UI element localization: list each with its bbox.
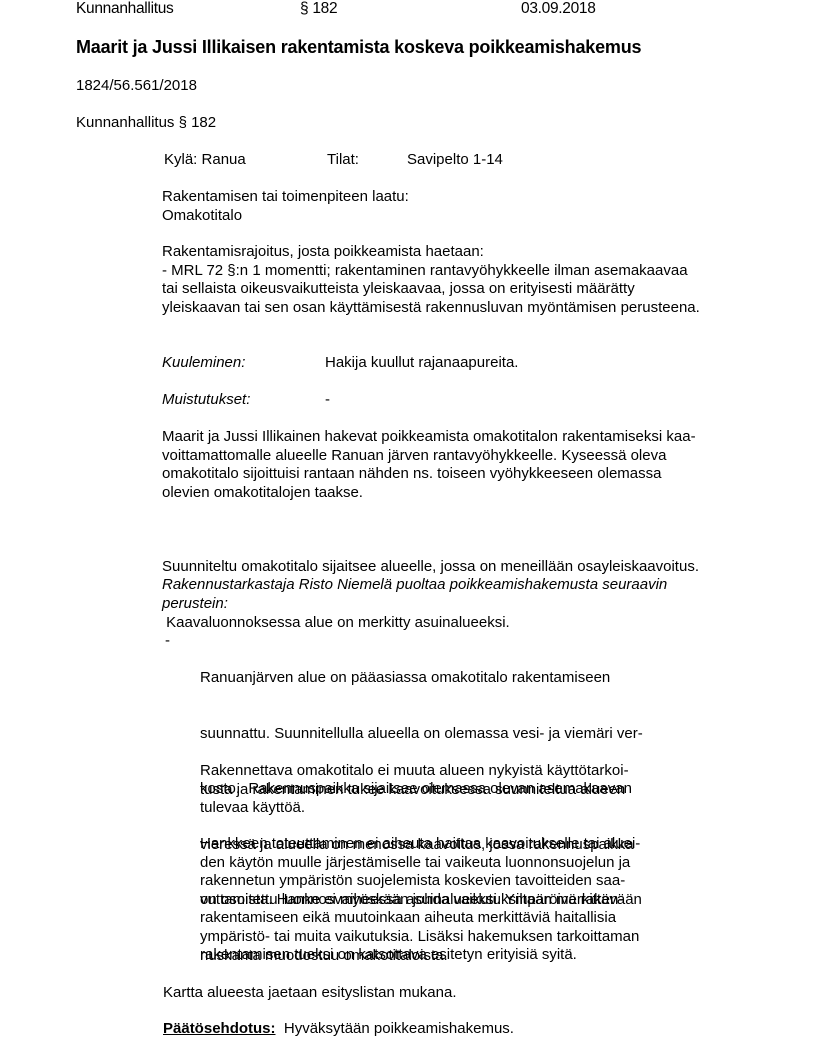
case-number: 1824/56.561/2018 bbox=[76, 77, 197, 94]
text-line: suunnattu. Suunnitellulla alueella on ol… bbox=[200, 725, 643, 744]
restriction: Rakentamisrajoitus, josta poikkeamista h… bbox=[162, 243, 700, 317]
estates-value: Savipelto 1-14 bbox=[407, 151, 503, 168]
village-label: Kylä: Ranua bbox=[164, 151, 246, 168]
header-date: 03.09.2018 bbox=[521, 0, 596, 18]
construction-type: Rakentamisen tai toimenpiteen laatu: Oma… bbox=[162, 188, 409, 225]
ground-item-3: Hankkeen toteuttaminen ei aiheuta haitta… bbox=[200, 835, 642, 965]
text-line: den käytön muulle järjestämiselle tai va… bbox=[200, 854, 642, 873]
remarks-label: Muistutukset: bbox=[162, 391, 250, 408]
text-line: tulevaa käyttöä. bbox=[200, 799, 629, 818]
text-line: Ranuanjärven alue on pääasiassa omakotit… bbox=[200, 669, 643, 688]
hearing-label: Kuuleminen: bbox=[162, 354, 245, 371]
text-line: rakennetun ympäristön suojelemista koske… bbox=[200, 872, 642, 891]
document-title: Maarit ja Jussi Illikaisen rakentamista … bbox=[76, 37, 641, 58]
proposal-value: Hyväksytään poikkeamishakemus. bbox=[284, 1020, 514, 1037]
text-line: vuttamista. Hanke ei myöskään johda vaik… bbox=[200, 891, 642, 910]
text-line: voittamattomalle alueelle Ranuan järven … bbox=[162, 447, 696, 466]
text-line: Maarit ja Jussi Illikainen hakevat poikk… bbox=[162, 428, 696, 447]
restriction-label: Rakentamisrajoitus, josta poikkeamista h… bbox=[162, 243, 700, 262]
text-line: Hankkeen toteuttaminen ei aiheuta haitta… bbox=[200, 835, 642, 854]
header-body: Kunnanhallitus bbox=[76, 0, 174, 18]
text-line: ympäristö- tai muita vaikutuksia. Lisäks… bbox=[200, 928, 642, 947]
meeting-reference: Kunnanhallitus § 182 bbox=[76, 114, 216, 131]
text-line: Rakennettava omakotitalo ei muuta alueen… bbox=[200, 762, 629, 781]
grounds-bullet: - bbox=[165, 632, 170, 649]
text-line: rakentamisen tueksi on katsottava esitet… bbox=[200, 946, 642, 965]
text-line: omakotitalo sijoittuisi rantaan nähden n… bbox=[162, 465, 696, 484]
text-line: rakentamiseen eikä muutoinkaan aiheuta m… bbox=[200, 909, 642, 928]
restriction-line: yleiskaavan tai sen osan käyttämisestä r… bbox=[162, 299, 700, 318]
application-paragraph: Maarit ja Jussi Illikainen hakevat poikk… bbox=[162, 428, 696, 502]
ground-item-2: Rakennettava omakotitalo ei muuta alueen… bbox=[200, 762, 629, 818]
header-section: § 182 bbox=[300, 0, 337, 18]
text-line: Suunniteltu omakotitalo sijaitsee alueel… bbox=[162, 558, 699, 577]
decision-proposal: Päätösehdotus: Hyväksytään poikkeamishak… bbox=[163, 1020, 514, 1037]
text-line: Kaavaluonnoksessa alue on merkitty asuin… bbox=[162, 614, 699, 633]
restriction-line: - MRL 72 §:n 1 momentti; rakentaminen ra… bbox=[162, 262, 700, 281]
hearing-value: Hakija kuullut rajanaapureita. bbox=[325, 354, 518, 371]
map-note: Kartta alueesta jaetaan esityslistan muk… bbox=[163, 984, 457, 1001]
estates-label: Tilat: bbox=[327, 151, 359, 168]
text-line: tusta ja rakentaminen tukee kaavoitukses… bbox=[200, 781, 629, 800]
restriction-line: tai sellaista oikeusvaikutteista yleiska… bbox=[162, 280, 700, 299]
construction-type-label: Rakentamisen tai toimenpiteen laatu: bbox=[162, 188, 409, 207]
text-line: olevien omakotitalojen taakse. bbox=[162, 484, 696, 503]
text-line: Rakennustarkastaja Risto Niemelä puoltaa… bbox=[162, 576, 667, 595]
text-line: perustein: bbox=[162, 595, 667, 614]
inspector-paragraph: Rakennustarkastaja Risto Niemelä puoltaa… bbox=[162, 576, 667, 613]
construction-type-value: Omakotitalo bbox=[162, 207, 409, 226]
remarks-value: - bbox=[325, 391, 330, 408]
proposal-label: Päätösehdotus: bbox=[163, 1020, 276, 1037]
